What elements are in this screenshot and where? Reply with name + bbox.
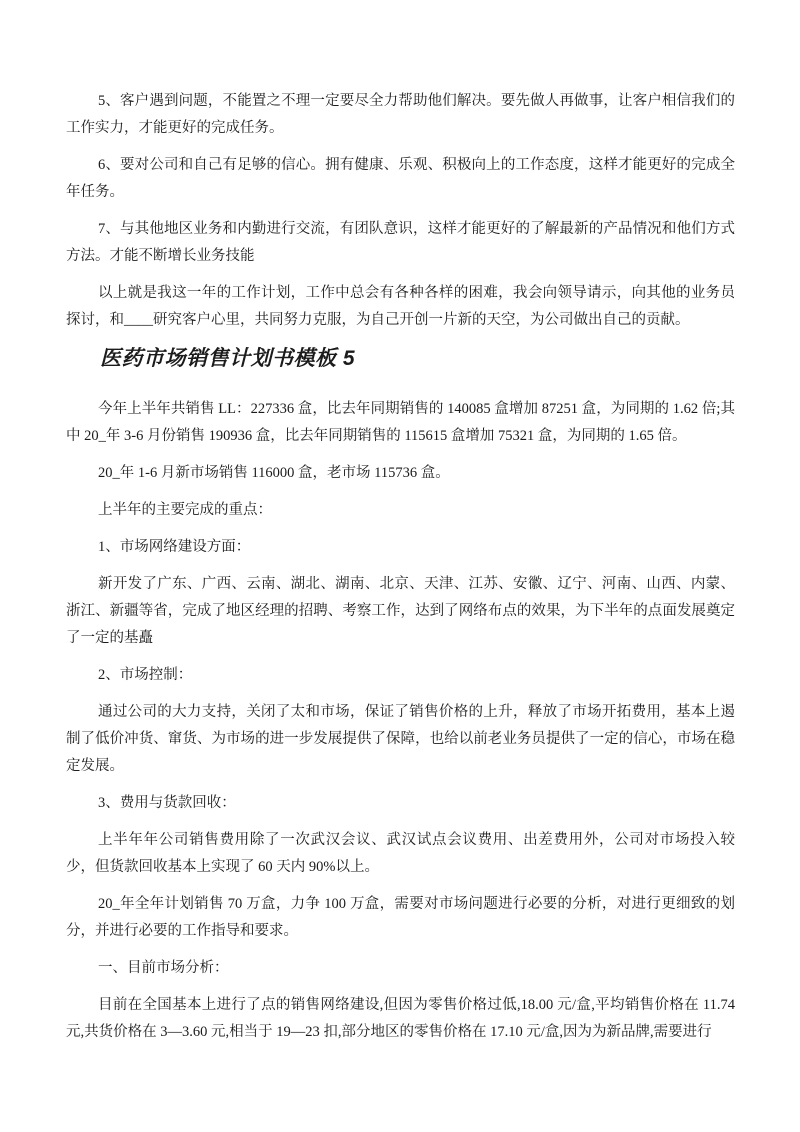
paragraph: 6、要对公司和自己有足够的信心。拥有健康、乐观、积极向上的工作态度，这样才能更好… <box>66 152 735 206</box>
paragraph: 5、客户遇到问题，不能置之不理一定要尽全力帮助他们解决。要先做人再做事，让客户相… <box>66 88 735 142</box>
paragraph: 上半年年公司销售费用除了一次武汉会议、武汉试点会议费用、出差费用外，公司对市场投… <box>66 827 735 881</box>
paragraph: 目前在全国基本上进行了点的销售网络建设,但因为零售价格过低,18.00 元/盒,… <box>66 992 735 1046</box>
paragraph: 20_年 1-6 月新市场销售 116000 盒，老市场 115736 盒。 <box>66 460 735 487</box>
section-heading: 医药市场销售计划书模板 5 <box>66 344 735 374</box>
paragraph: 上半年的主要完成的重点： <box>66 497 735 524</box>
paragraph: 一、目前市场分析： <box>66 955 735 982</box>
paragraph: 3、费用与货款回收： <box>66 790 735 817</box>
document-body: 5、客户遇到问题，不能置之不理一定要尽全力帮助他们解决。要先做人再做事，让客户相… <box>66 88 735 1046</box>
paragraph: 通过公司的大力支持，关闭了太和市场，保证了销售价格的上升，释放了市场开拓费用，基… <box>66 699 735 780</box>
document-page: 5、客户遇到问题，不能置之不理一定要尽全力帮助他们解决。要先做人再做事，让客户相… <box>0 0 800 1132</box>
paragraph: 7、与其他地区业务和内勤进行交流，有团队意识，这样才能更好的了解最新的产品情况和… <box>66 216 735 270</box>
paragraph: 新开发了广东、广西、云南、湖北、湖南、北京、天津、江苏、安徽、辽宁、河南、山西、… <box>66 571 735 652</box>
paragraph: 今年上半年共销售 LL：227336 盒，比去年同期销售的 140085 盒增加… <box>66 396 735 450</box>
paragraph: 1、市场网络建设方面： <box>66 534 735 561</box>
paragraph: 2、市场控制： <box>66 662 735 689</box>
paragraph: 以上就是我这一年的工作计划，工作中总会有各种各样的困难，我会向领导请示，向其他的… <box>66 280 735 334</box>
paragraph: 20_年全年计划销售 70 万盒，力争 100 万盒，需要对市场问题进行必要的分… <box>66 891 735 945</box>
